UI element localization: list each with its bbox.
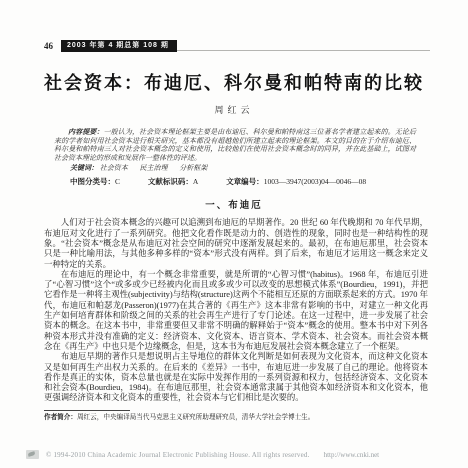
cnki-logo-icon <box>26 450 39 459</box>
article-author: 周红云 <box>0 103 468 116</box>
issue-banner: 2003 年第 4 期总第 108 期 <box>61 40 177 52</box>
running-head: 46 2003 年第 4 期总第 108 期 <box>44 40 430 52</box>
page-number: 46 <box>44 40 53 52</box>
keyword: 社会资本 <box>100 164 128 172</box>
footer-url: http://www.cnki.net <box>324 451 380 459</box>
footnote-rule <box>44 410 130 411</box>
keyword: 分析框架 <box>179 164 207 172</box>
abstract-body: 一般认为，社会资本理论框架主要是由布迪厄、科尔曼和帕特南这三位著名学者建立起来的… <box>54 128 416 162</box>
footer-copyright: © 1994-2010 China Academic Journal Elect… <box>46 451 310 459</box>
abstract-label: 内容提要： <box>68 128 104 136</box>
body-paragraph-2: 在布迪厄的理论中，有一个概念非常重要，就是所谓的“心智习惯”(habitus)。… <box>44 270 428 352</box>
doc-code-value: A <box>193 177 198 186</box>
abstract-block: 内容提要：一般认为，社会资本理论框架主要是由布迪厄、科尔曼和帕特南这三位著名学者… <box>54 128 416 162</box>
abstract-text: 内容提要：一般认为，社会资本理论框架主要是由布迪厄、科尔曼和帕特南这三位著名学者… <box>54 128 416 162</box>
body-paragraph-3: 布迪厄早期的著作只是想说明占主导地位的群体文化判断是如何表现为文化资本，而这种文… <box>44 352 428 403</box>
keywords-label: 关键词： <box>70 164 98 172</box>
footnote-text: 周红云，中央编译局当代马克思主义研究所助理研究员，清华大学社会学博士生。 <box>77 414 314 421</box>
scan-footer: © 1994-2010 China Academic Journal Elect… <box>26 450 438 459</box>
article-id-label: 文章编号： <box>226 177 264 186</box>
clc-value: C <box>115 177 120 186</box>
classification-line: 中图分类号：C 文献标识码：A 文章编号：1003—3947(2003)04—0… <box>70 177 416 186</box>
footnote-label: 作者简介： <box>44 414 77 421</box>
article-title: 社会资本：布迪厄、科尔曼和帕特南的比较 <box>30 72 438 94</box>
section-heading: 一、布迪厄 <box>0 197 468 211</box>
article-id-value: 1003—3947(2003)04—0046—08 <box>264 177 367 186</box>
doc-code-label: 文献标识码： <box>148 177 193 186</box>
keyword: 民主治理 <box>140 164 168 172</box>
body-paragraph-1: 人们对于社会资本概念的兴趣可以追溯到布迪厄的早期著作。20 世纪 60 年代晚期… <box>44 218 428 269</box>
author-footnote: 作者简介：周红云，中央编译局当代马克思主义研究所助理研究员，清华大学社会学博士生… <box>44 414 428 422</box>
header-rule <box>177 50 430 51</box>
scanned-paper-page: 46 2003 年第 4 期总第 108 期 社会资本：布迪厄、科尔曼和帕特南的… <box>0 0 468 468</box>
clc-label: 中图分类号： <box>70 177 115 186</box>
keywords-line: 关键词： 社会资本 民主治理 分析框架 <box>70 164 416 173</box>
